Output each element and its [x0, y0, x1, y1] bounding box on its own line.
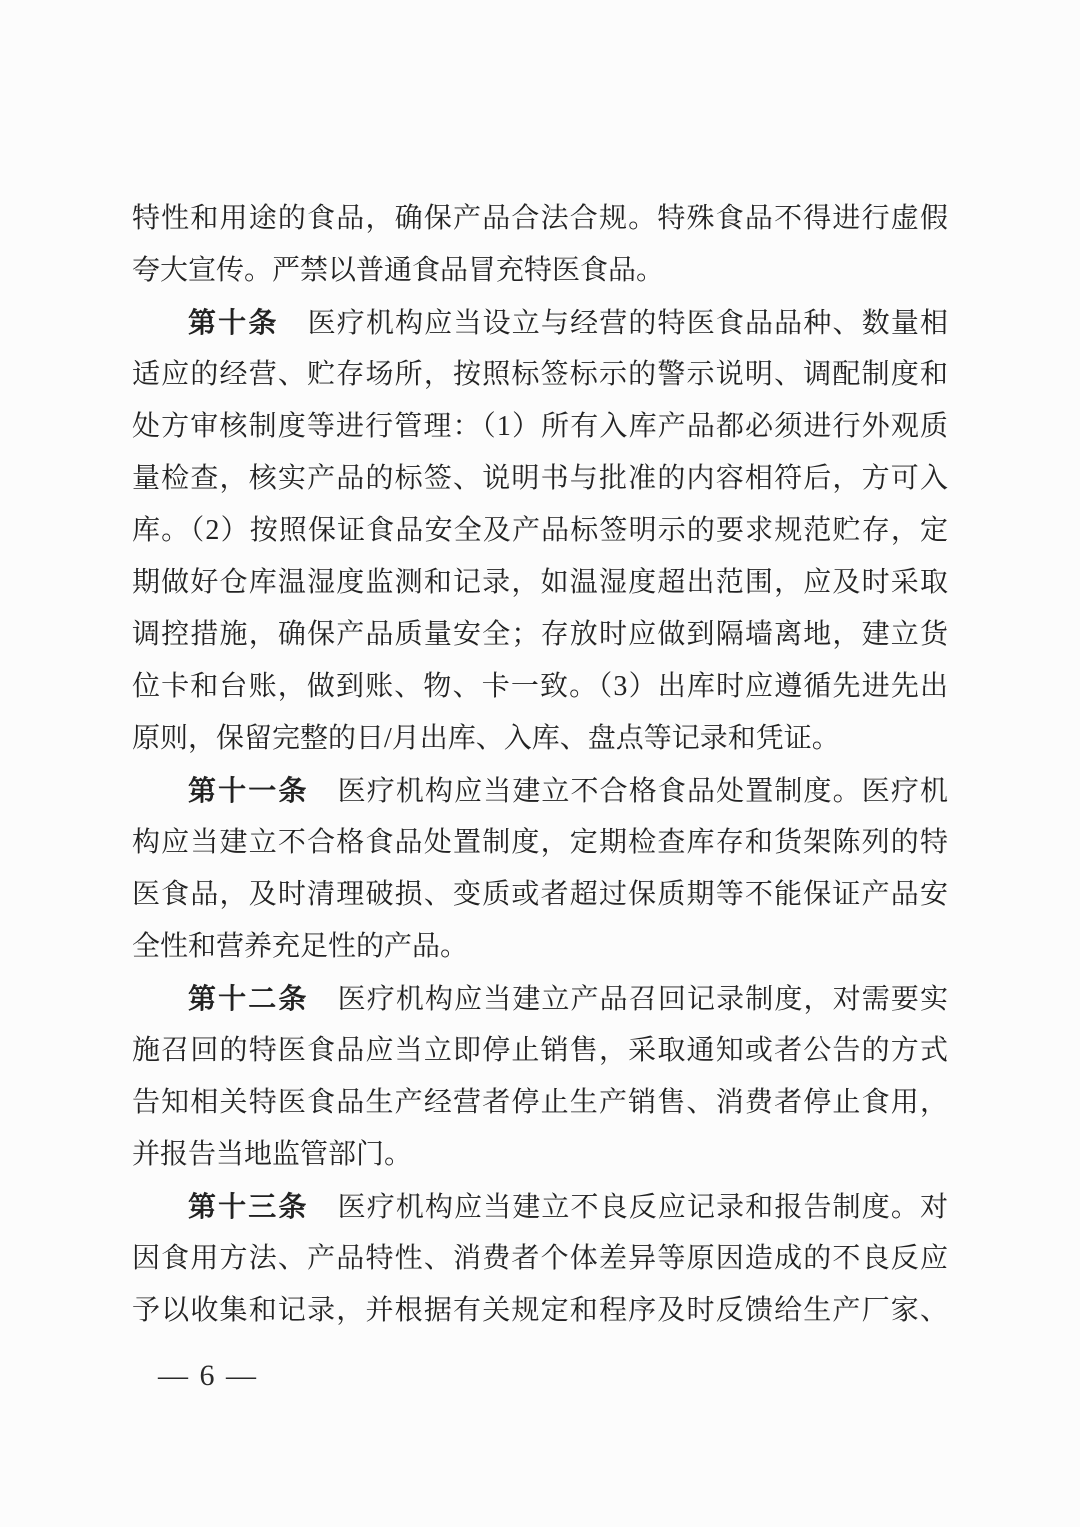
document-page: 特性和用途的食品，确保产品合法合规。特殊食品不得进行虚假夸大宣传。严禁以普通食品… [0, 0, 1080, 1527]
text-line: 告知相关特医食品生产经营者停止生产销售、消费者停止食用， [132, 1077, 948, 1129]
page-number: — 6 — [158, 1356, 258, 1396]
text-line: 第十条 医疗机构应当设立与经营的特医食品品种、数量相 [132, 297, 948, 349]
text-block: 特性和用途的食品，确保产品合法合规。特殊食品不得进行虚假夸大宣传。严禁以普通食品… [132, 193, 948, 1337]
article-number: 第十条 [188, 307, 278, 338]
text-line: 构应当建立不合格食品处置制度，定期检查库存和货架陈列的特 [132, 817, 948, 869]
text-line: 第十三条 医疗机构应当建立不良反应记录和报告制度。对 [132, 1181, 948, 1233]
text-line: 库。（2）按照保证食品安全及产品标签明示的要求规范贮存，定 [132, 505, 948, 557]
text-line: 夸大宣传。严禁以普通食品冒充特医食品。 [132, 245, 948, 297]
text-line: 因食用方法、产品特性、消费者个体差异等原因造成的不良反应 [132, 1233, 948, 1285]
text-line: 全性和营养充足性的产品。 [132, 921, 948, 973]
text-line: 第十一条 医疗机构应当建立不合格食品处置制度。医疗机 [132, 765, 948, 817]
text-line: 予以收集和记录，并根据有关规定和程序及时反馈给生产厂家、 [132, 1285, 948, 1337]
text-line: 量检查，核实产品的标签、说明书与批准的内容相符后，方可入 [132, 453, 948, 505]
text-line: 期做好仓库温湿度监测和记录，如温湿度超出范围，应及时采取 [132, 557, 948, 609]
text-line: 施召回的特医食品应当立即停止销售，采取通知或者公告的方式 [132, 1025, 948, 1077]
text-line: 处方审核制度等进行管理：（1）所有入库产品都必须进行外观质 [132, 401, 948, 453]
text-line: 第十二条 医疗机构应当建立产品召回记录制度，对需要实 [132, 973, 948, 1025]
article-number: 第十二条 [188, 983, 308, 1014]
article-number: 第十一条 [188, 775, 308, 806]
text-line: 适应的经营、贮存场所，按照标签标示的警示说明、调配制度和 [132, 349, 948, 401]
text-line: 特性和用途的食品，确保产品合法合规。特殊食品不得进行虚假 [132, 193, 948, 245]
text-line: 调控措施，确保产品质量安全；存放时应做到隔墙离地，建立货 [132, 609, 948, 661]
text-line: 医食品，及时清理破损、变质或者超过保质期等不能保证产品安 [132, 869, 948, 921]
text-line: 并报告当地监管部门。 [132, 1129, 948, 1181]
text-line: 位卡和台账，做到账、物、卡一致。（3）出库时应遵循先进先出 [132, 661, 948, 713]
text-line: 原则，保留完整的日/月出库、入库、盘点等记录和凭证。 [132, 713, 948, 765]
article-number: 第十三条 [188, 1191, 308, 1222]
